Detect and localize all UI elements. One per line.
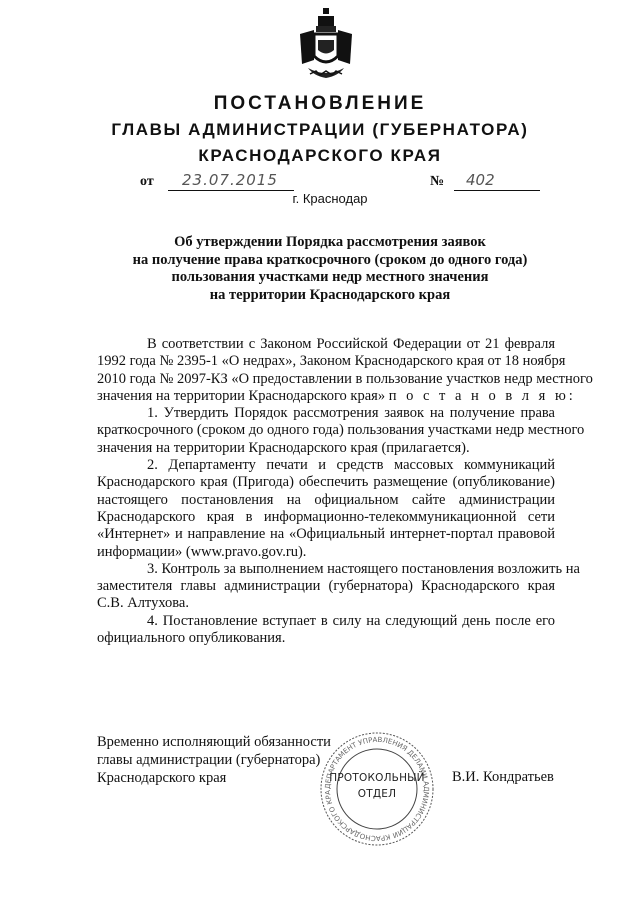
stamp-ring-text: ДЕПАРТАМЕНТ УПРАВЛЕНИЯ ДЕЛАМИ АДМИНИСТРА…	[318, 730, 430, 842]
doc-type-heading: ПОСТАНОВЛЕНИЕ	[0, 93, 640, 115]
title-line: пользования участками недр местного знач…	[110, 269, 550, 287]
text-line: информации» (www.pravo.gov.ru).	[97, 544, 555, 561]
position-line: Временно исполняющий обязанности	[97, 733, 331, 751]
text-line: значения на территории Краснодарского кр…	[97, 440, 555, 457]
number-value: 402	[466, 171, 495, 189]
document-title: Об утверждении Порядка рассмотрения заяв…	[110, 234, 550, 304]
text-line: 4. Постановление вступает в силу на след…	[97, 613, 555, 630]
preamble-paragraph: В соответствии с Законом Российской Феде…	[97, 336, 555, 405]
position-line: Краснодарского края	[97, 769, 331, 787]
text-line: В соответствии с Законом Российской Феде…	[97, 336, 555, 353]
official-stamp: ДЕПАРТАМЕНТ УПРАВЛЕНИЯ ДЕЛАМИ АДМИНИСТРА…	[318, 730, 436, 848]
stamp-center-line2: ОТДЕЛ	[318, 788, 436, 800]
text-line: С.В. Алтухова.	[97, 595, 555, 612]
title-line: на территории Краснодарского края	[110, 287, 550, 305]
text-fragment: значения на территории Краснодарского кр…	[97, 388, 385, 404]
title-line: Об утверждении Порядка рассмотрения заяв…	[110, 234, 550, 252]
city-label: г. Краснодар	[0, 191, 640, 206]
stamp-center-line1: ПРОТОКОЛЬНЫЙ	[318, 772, 436, 784]
svg-text:ДЕПАРТАМЕНТ УПРАВЛЕНИЯ ДЕЛАМИ: ДЕПАРТАМЕНТ УПРАВЛЕНИЯ ДЕЛАМИ АДМИНИСТРА…	[318, 730, 430, 842]
text-line: Краснодарского края (Пригода) обеспечить…	[97, 474, 555, 491]
text-line: официального опубликования.	[97, 630, 555, 647]
item-1-paragraph: 1. Утвердить Порядок рассмотрения заявок…	[97, 405, 555, 457]
title-line: на получение права краткосрочного (сроко…	[110, 252, 550, 270]
text-line: «Интернет» и направление на «Официальный…	[97, 526, 555, 543]
text-line: Краснодарского края в информационно-теле…	[97, 509, 555, 526]
coat-of-arms-icon	[296, 4, 356, 84]
signatory-position: Временно исполняющий обязанности главы а…	[97, 733, 331, 787]
issuer-heading-line1: ГЛАВЫ АДМИНИСТРАЦИИ (ГУБЕРНАТОРА)	[0, 120, 640, 140]
text-line: значения на территории Краснодарского кр…	[97, 388, 555, 405]
text-line: 1. Утвердить Порядок рассмотрения заявок…	[97, 405, 555, 422]
document-body: В соответствии с Законом Российской Феде…	[97, 336, 555, 647]
item-4-paragraph: 4. Постановление вступает в силу на след…	[97, 613, 555, 648]
issuer-heading-line2: КРАСНОДАРСКОГО КРАЯ	[0, 146, 640, 166]
text-line: заместителя главы администрации (губерна…	[97, 578, 555, 595]
item-2-paragraph: 2. Департаменту печати и средств массовы…	[97, 457, 555, 561]
text-line: 3. Контроль за выполнением настоящего по…	[97, 561, 555, 578]
text-line: 2. Департаменту печати и средств массовы…	[97, 457, 555, 474]
date-label: от	[140, 174, 154, 190]
text-line: настоящего постановления на официальном …	[97, 492, 555, 509]
signatory-name: В.И. Кондратьев	[452, 769, 554, 786]
item-3-paragraph: 3. Контроль за выполнением настоящего по…	[97, 561, 555, 613]
number-label: №	[430, 174, 444, 190]
text-line: 2010 года № 2097-КЗ «О предоставлении в …	[97, 371, 555, 388]
resolve-word: п о с т а н о в л я ю:	[389, 388, 576, 404]
text-line: краткосрочного (сроком до одного года) п…	[97, 422, 555, 439]
date-value: 23.07.2015	[182, 171, 278, 189]
position-line: главы администрации (губернатора)	[97, 751, 331, 769]
text-line: 1992 года № 2395-1 «О недрах», Законом К…	[97, 353, 555, 370]
